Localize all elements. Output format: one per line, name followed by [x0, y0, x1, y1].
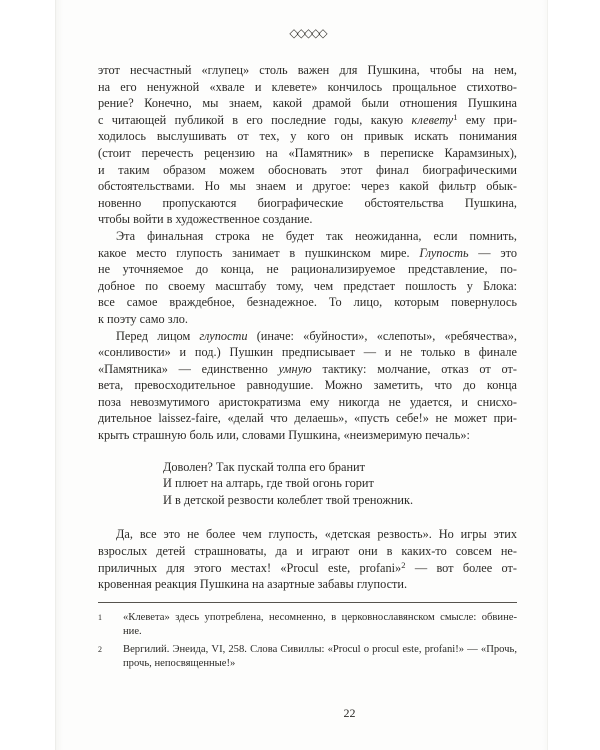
italic-text-segment: глупости	[199, 329, 247, 343]
footnote-reference: 1	[453, 112, 457, 122]
text-line: крыть страшную боль или, словами Пушкина…	[98, 427, 517, 444]
footnote-body: «Клевета» здесь употреблена, несомненно,…	[123, 611, 517, 640]
text-line: какое место глупость занимает в пушкинск…	[98, 245, 517, 262]
text-line: приличных для этого местах! «Procul este…	[98, 560, 517, 577]
text-line: не уточняемое до конца, не рационализиру…	[98, 261, 517, 278]
footnote-line: ние.	[123, 625, 517, 640]
text-segment: ему при-	[458, 113, 518, 127]
footnotes: 1«Клевета» здесь употреблена, несомненно…	[98, 611, 517, 672]
text-line: поза невозмутимого аристократизма ему ни…	[98, 394, 517, 411]
paragraphs: этот несчастный «глупец» столь важен для…	[98, 62, 517, 444]
text-segment: приличных для этого местах! «Procul este…	[98, 561, 401, 575]
text-line: вета, превосходительное равнодушие. Можн…	[98, 377, 517, 394]
text-segment: «Памятника» — единственно	[98, 362, 278, 376]
page-content: ◇◇◇◇◇ этот несчастный «глупец» столь важ…	[98, 0, 517, 672]
text-segment: — это	[469, 246, 517, 260]
italic-text-segment: умную	[278, 362, 311, 376]
footnote-separator	[98, 602, 517, 603]
footnote-body: Вергилий. Энеида, VI, 258. Слова Сивиллы…	[123, 643, 517, 672]
text-line: взрослых детей страшноваты, да и играют …	[98, 543, 517, 560]
text-segment: какое место глупость занимает в пушкинск…	[98, 246, 419, 260]
text-line: и таким образом можем обосновать этот фи…	[98, 162, 517, 179]
footnote: 2Вергилий. Энеида, VI, 258. Слова Сивилл…	[98, 643, 517, 672]
footnote-reference: 2	[401, 560, 405, 570]
text-line: Перед лицом глупости (иначе: «буйности»,…	[98, 328, 517, 345]
text-line: к поэту само зло.	[98, 311, 517, 328]
text-block: этот несчастный «глупец» столь важен для…	[98, 62, 517, 593]
text-line: этот несчастный «глупец» столь важен для…	[98, 62, 517, 79]
text-line: (стоит перечесть рецензию на «Памятник» …	[98, 145, 517, 162]
text-segment: (иначе: «буйности», «слепоты», «ребячест…	[248, 329, 518, 343]
footnote-marker: 2	[98, 643, 123, 672]
text-line: добное по своему масштабу тому, чем пред…	[98, 278, 517, 295]
text-line: новенно пропускаются биографические обст…	[98, 195, 517, 212]
text-line: чтобы войти в художественное создание.	[98, 211, 517, 228]
footnote-line: «Клевета» здесь употреблена, несомненно,…	[123, 611, 517, 626]
footnote-line: Вергилий. Энеида, VI, 258. Слова Сивиллы…	[123, 643, 517, 658]
text-segment: Перед лицом	[116, 329, 199, 343]
text-line: все самое враждебное, безнадежное. То ли…	[98, 294, 517, 311]
footnote-line: прочь, непосвященные!»	[123, 657, 517, 672]
text-line: «Памятника» — единственно умную тактику:…	[98, 361, 517, 378]
scan-page: ◇◇◇◇◇ этот несчастный «глупец» столь важ…	[55, 0, 548, 750]
text-line: дительное laissez-faire, «делай что дела…	[98, 410, 517, 427]
footnote: 1«Клевета» здесь употреблена, несомненно…	[98, 611, 517, 640]
ornament-divider-icon: ◇◇◇◇◇	[98, 26, 517, 40]
paragraph: Эта финальная строка не будет так неожид…	[98, 228, 517, 328]
verse-block: Доволен? Так пускай толпа его бранитИ пл…	[163, 459, 517, 509]
page-number: 22	[140, 706, 559, 721]
verse-line: И в детской резвости колеблет твой трено…	[163, 492, 517, 509]
italic-text-segment: Глупость	[419, 246, 468, 260]
text-segment: — вот более от-	[405, 561, 517, 575]
text-line: обстоятельствами. Но мы знаем и другое: …	[98, 178, 517, 195]
paragraph: Перед лицом глупости (иначе: «буйности»,…	[98, 328, 517, 444]
verse-line: Доволен? Так пускай толпа его бранит	[163, 459, 517, 476]
text-line: на его ненужной «хвале и клевете» кончил…	[98, 79, 517, 96]
text-line: Да, все это не более чем глупость, «детс…	[98, 526, 517, 543]
footnote-marker: 1	[98, 611, 123, 640]
paragraph: этот несчастный «глупец» столь важен для…	[98, 62, 517, 228]
italic-text-segment: клевету	[411, 113, 453, 127]
text-line: Эта финальная строка не будет так неожид…	[98, 228, 517, 245]
closing-paragraph: Да, все это не более чем глупость, «детс…	[98, 526, 517, 592]
verse-line: И плюет на алтарь, где твой огонь горит	[163, 475, 517, 492]
text-line: ходилось выслушивать от тех, у кого он п…	[98, 128, 517, 145]
text-line: рение? Конечно, мы знаем, какой драмой б…	[98, 95, 517, 112]
text-line: кровенная реакция Пушкина на азартные за…	[98, 576, 517, 593]
text-line: с читающей публикой в его последние годы…	[98, 112, 517, 129]
text-segment: с читающей публикой в его последние годы…	[98, 113, 411, 127]
text-segment: тактику: молчание, отказ от от-	[312, 362, 517, 376]
text-line: «сонливости» и под.) Пушкин предписывает…	[98, 344, 517, 361]
